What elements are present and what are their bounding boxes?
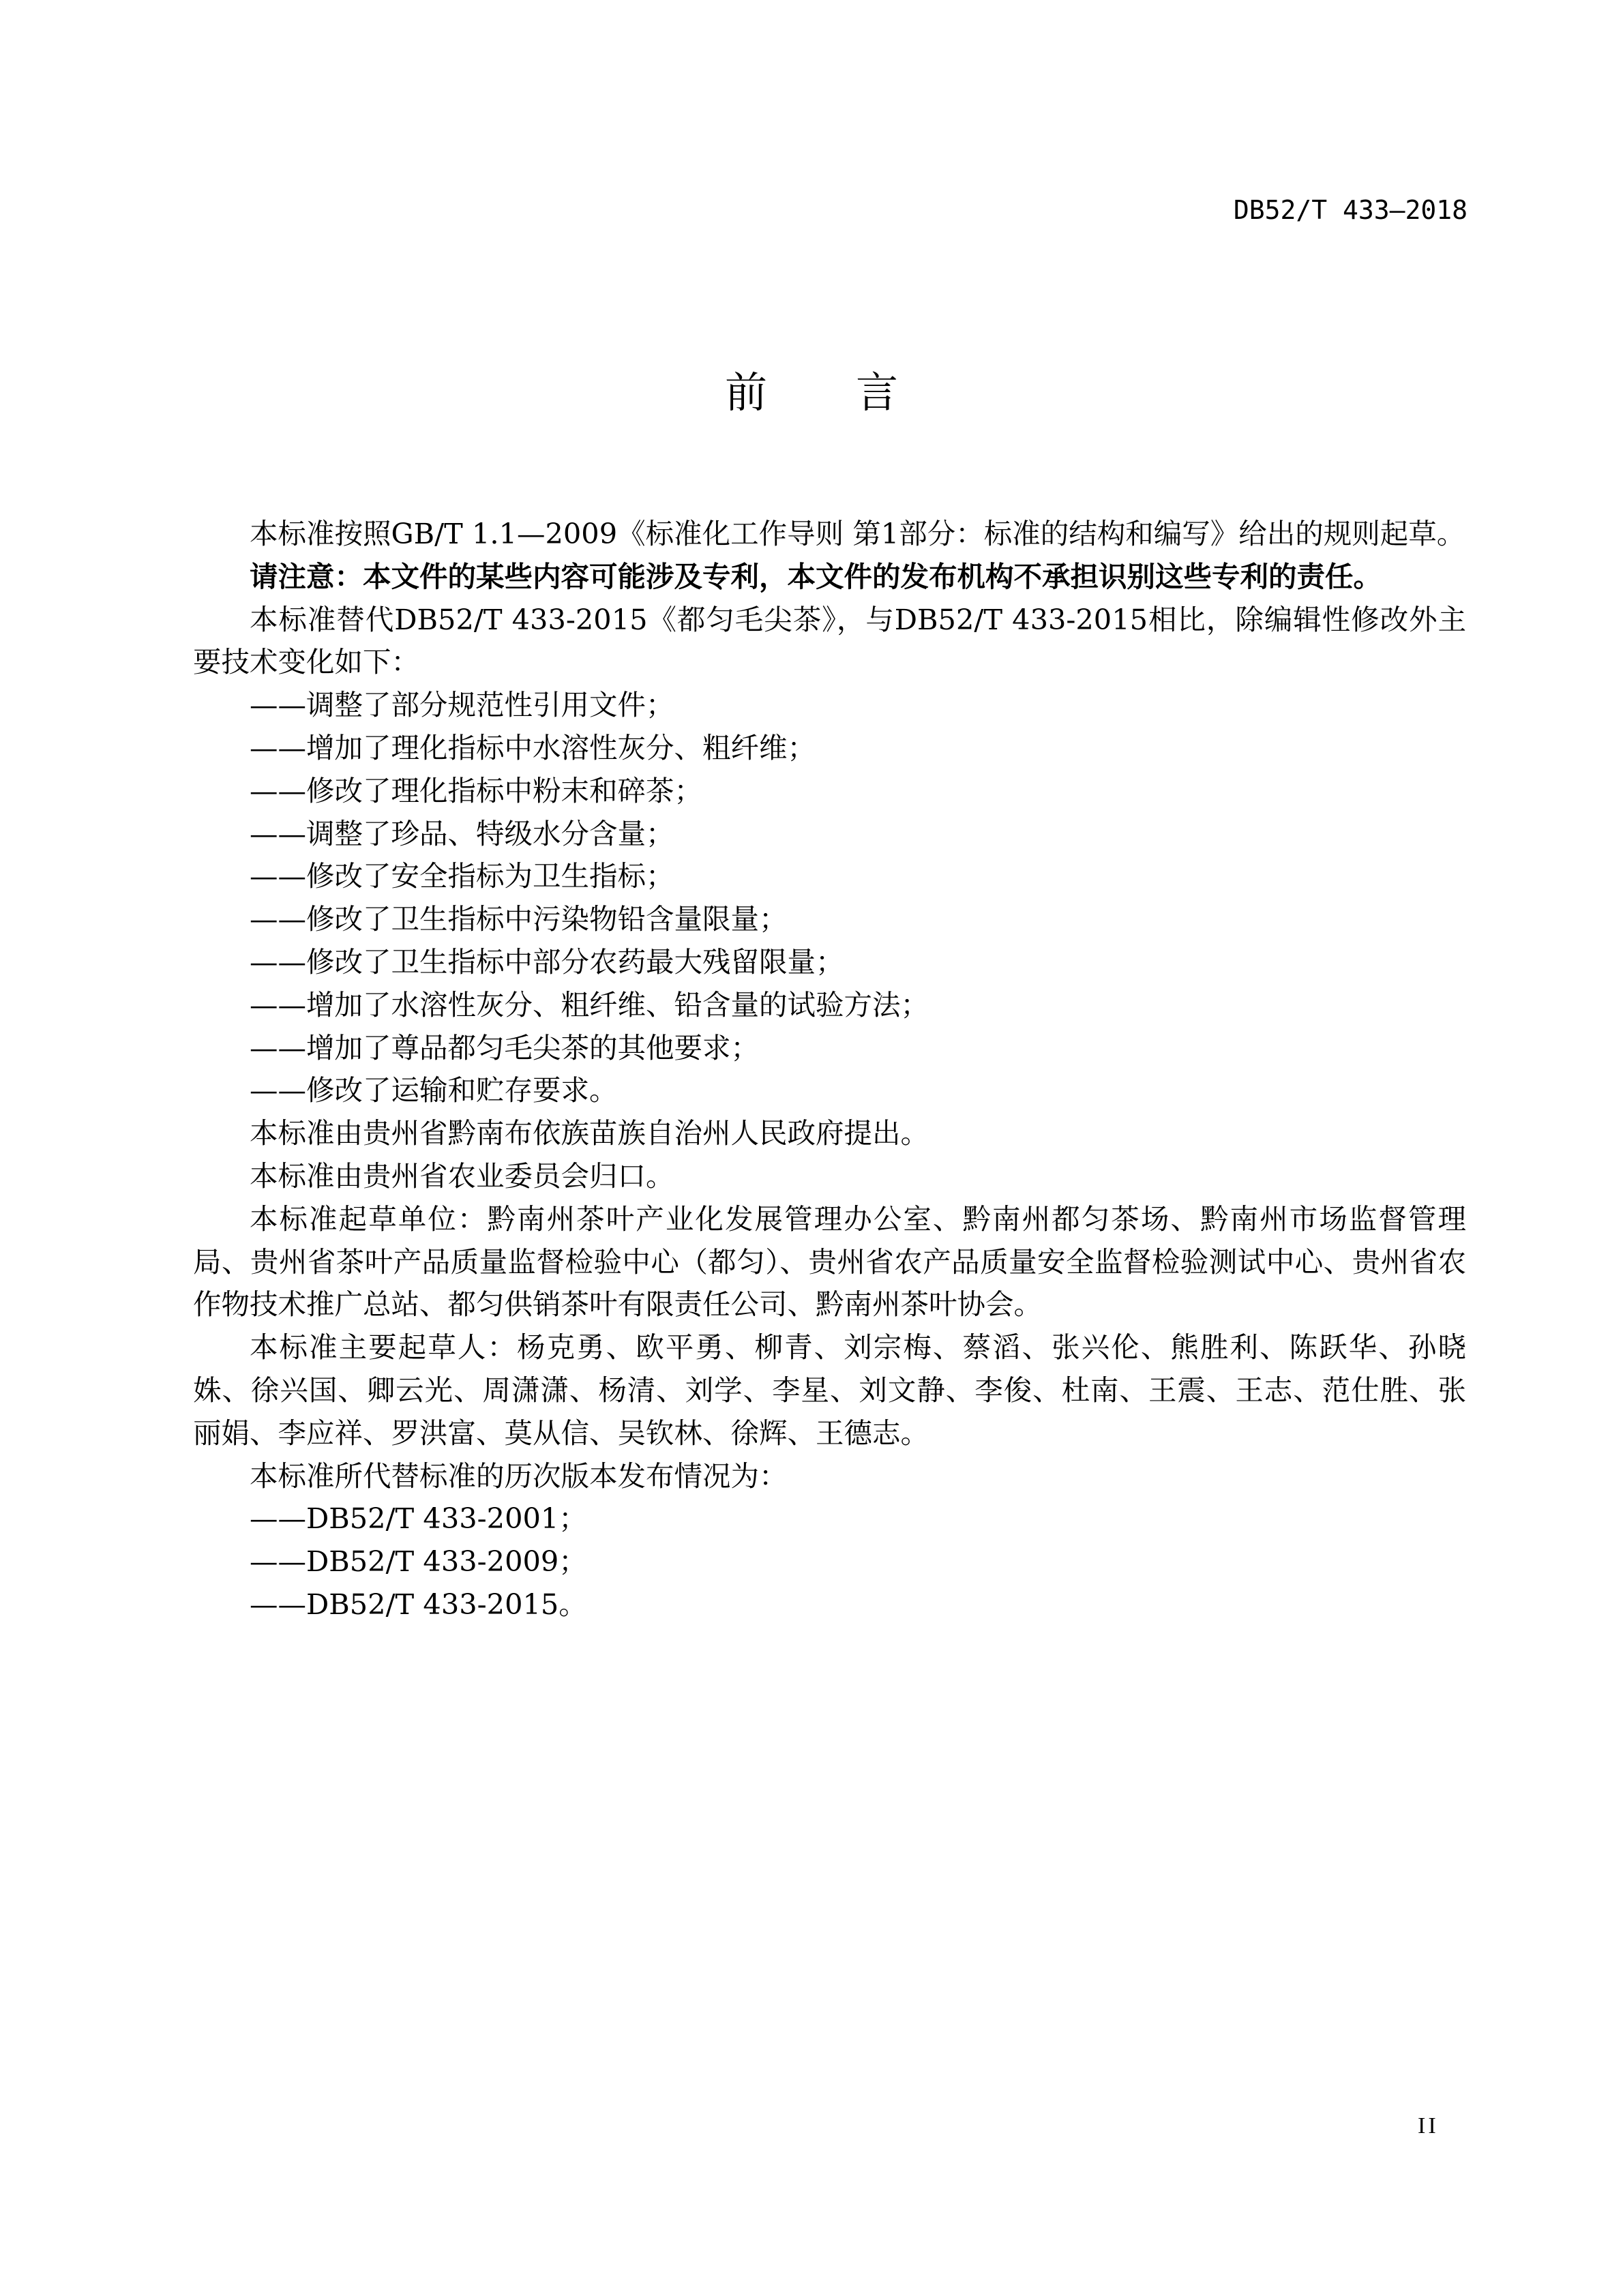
page-title: 前言 [0, 366, 1623, 420]
change-item: ——修改了理化指标中粉末和碎茶； [193, 770, 1466, 813]
replacement-paragraph: 本标准替代DB52/T 433-2015《都匀毛尖茶》，与DB52/T 433-… [193, 599, 1466, 685]
change-item: ——修改了卫生指标中部分农药最大残留限量； [193, 941, 1466, 984]
change-item: ——修改了运输和贮存要求。 [193, 1069, 1466, 1112]
page-number: II [1418, 2113, 1439, 2140]
history-list: ——DB52/T 433-2001； ——DB52/T 433-2009； ——… [193, 1497, 1466, 1626]
proposed-by-paragraph: 本标准由贵州省黔南布依族苗族自治州人民政府提出。 [193, 1112, 1466, 1155]
title-char-1: 前 [725, 366, 767, 420]
change-item: ——增加了理化指标中水溶性灰分、粗纤维； [193, 727, 1466, 770]
history-item: ——DB52/T 433-2001； [193, 1497, 1466, 1540]
foreword-body: 本标准按照GB/T 1.1—2009《标准化工作导则 第1部分：标准的结构和编写… [193, 513, 1466, 1626]
change-item: ——修改了卫生指标中污染物铅含量限量； [193, 898, 1466, 941]
change-item: ——增加了水溶性灰分、粗纤维、铅含量的试验方法； [193, 984, 1466, 1027]
change-item: ——调整了珍品、特级水分含量； [193, 813, 1466, 856]
managed-by-paragraph: 本标准由贵州省农业委员会归口。 [193, 1155, 1466, 1198]
drafters-paragraph: 本标准主要起草人：杨克勇、欧平勇、柳青、刘宗梅、蔡滔、张兴伦、熊胜利、陈跃华、孙… [193, 1326, 1466, 1455]
drafting-rules-paragraph: 本标准按照GB/T 1.1—2009《标准化工作导则 第1部分：标准的结构和编写… [193, 513, 1466, 556]
history-intro-paragraph: 本标准所代替标准的历次版本发布情况为： [193, 1455, 1466, 1498]
document-code-header: DB52/T 433—2018 [1234, 195, 1468, 225]
title-char-2: 言 [856, 366, 898, 420]
change-item: ——调整了部分规范性引用文件； [193, 684, 1466, 727]
change-item: ——增加了尊品都匀毛尖茶的其他要求； [193, 1027, 1466, 1070]
drafting-units-paragraph: 本标准起草单位：黔南州茶叶产业化发展管理办公室、黔南州都匀茶场、黔南州市场监督管… [193, 1198, 1466, 1326]
history-item: ——DB52/T 433-2015。 [193, 1583, 1466, 1626]
change-item: ——修改了安全指标为卫生指标； [193, 855, 1466, 898]
history-item: ——DB52/T 433-2009； [193, 1540, 1466, 1583]
changes-list: ——调整了部分规范性引用文件； ——增加了理化指标中水溶性灰分、粗纤维； ——修… [193, 684, 1466, 1112]
patent-notice-paragraph: 请注意：本文件的某些内容可能涉及专利，本文件的发布机构不承担识别这些专利的责任。 [193, 556, 1466, 599]
